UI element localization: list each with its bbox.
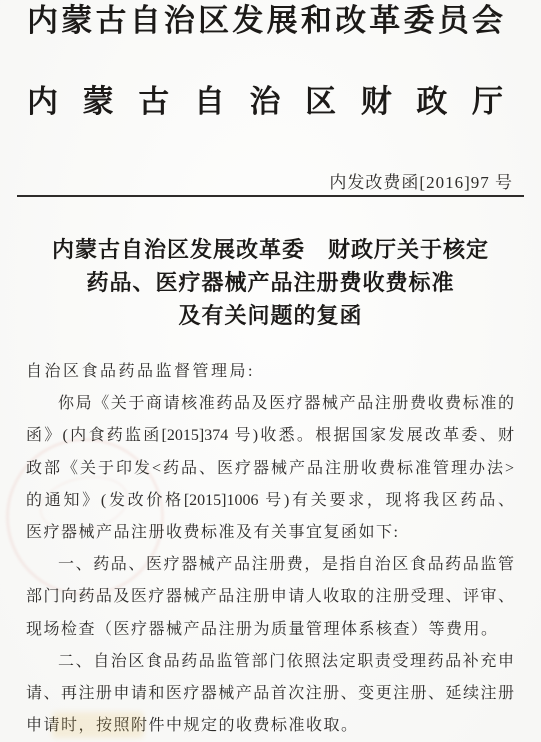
body-line: 函》(内食药监函[2015]374 号)收悉。根据国家发展改革委、财	[26, 420, 514, 452]
document-reference-number: 内发改费函[2016]97 号	[329, 168, 513, 193]
body-line: 现场检查（医疗器械产品注册为质量管理体系核查）等费用。	[26, 614, 514, 646]
body-line: 医疗器械产品注册收费标准及有关事宜复函如下:	[26, 517, 514, 549]
title-line: 及有关问题的复函	[20, 299, 521, 332]
body-line: 申请时，按照附件中规定的收费标准收取。	[26, 710, 514, 742]
scanned-official-letter: 内蒙古自治区发展和改革委员会 内蒙古自治区财政厅 内发改费函[2016]97 号…	[0, 0, 541, 742]
body-line: 你局《关于商请核准药品及医疗器械产品注册费收费标准的	[26, 388, 514, 420]
body-line: 政部《关于印发<药品、医疗器械产品注册收费标准管理办法>	[26, 453, 514, 485]
body-line: 自治区食品药品监督管理局:	[26, 356, 514, 388]
issuing-org-primary: 内蒙古自治区发展和改革委员会	[27, 2, 503, 40]
body-line: 的通知》(发改价格[2015]1006 号)有关要求，现将我区药品、	[26, 485, 514, 517]
document-body: 自治区食品药品监督管理局:你局《关于商请核准药品及医疗器械产品注册费收费标准的函…	[26, 356, 514, 742]
document-title: 内蒙古自治区发展改革委 财政厅关于核定药品、医疗器械产品注册费收费标准及有关问题…	[20, 233, 521, 332]
body-line: 一、药品、医疗器械产品注册费，是指自治区食品药品监管	[26, 549, 514, 581]
title-line: 内蒙古自治区发展改革委 财政厅关于核定	[20, 233, 521, 266]
body-line: 二、自治区食品药品监管部门依照法定职责受理药品补充申	[26, 646, 514, 678]
title-line: 药品、医疗器械产品注册费收费标准	[20, 266, 521, 299]
body-line: 部门向药品及医疗器械产品注册申请人收取的注册受理、评审、	[26, 581, 514, 613]
body-line: 请、再注册申请和医疗器械产品首次注册、变更注册、延续注册	[26, 678, 514, 710]
issuing-org-secondary: 内蒙古自治区财政厅	[27, 83, 503, 121]
header-divider-rule	[17, 195, 524, 197]
